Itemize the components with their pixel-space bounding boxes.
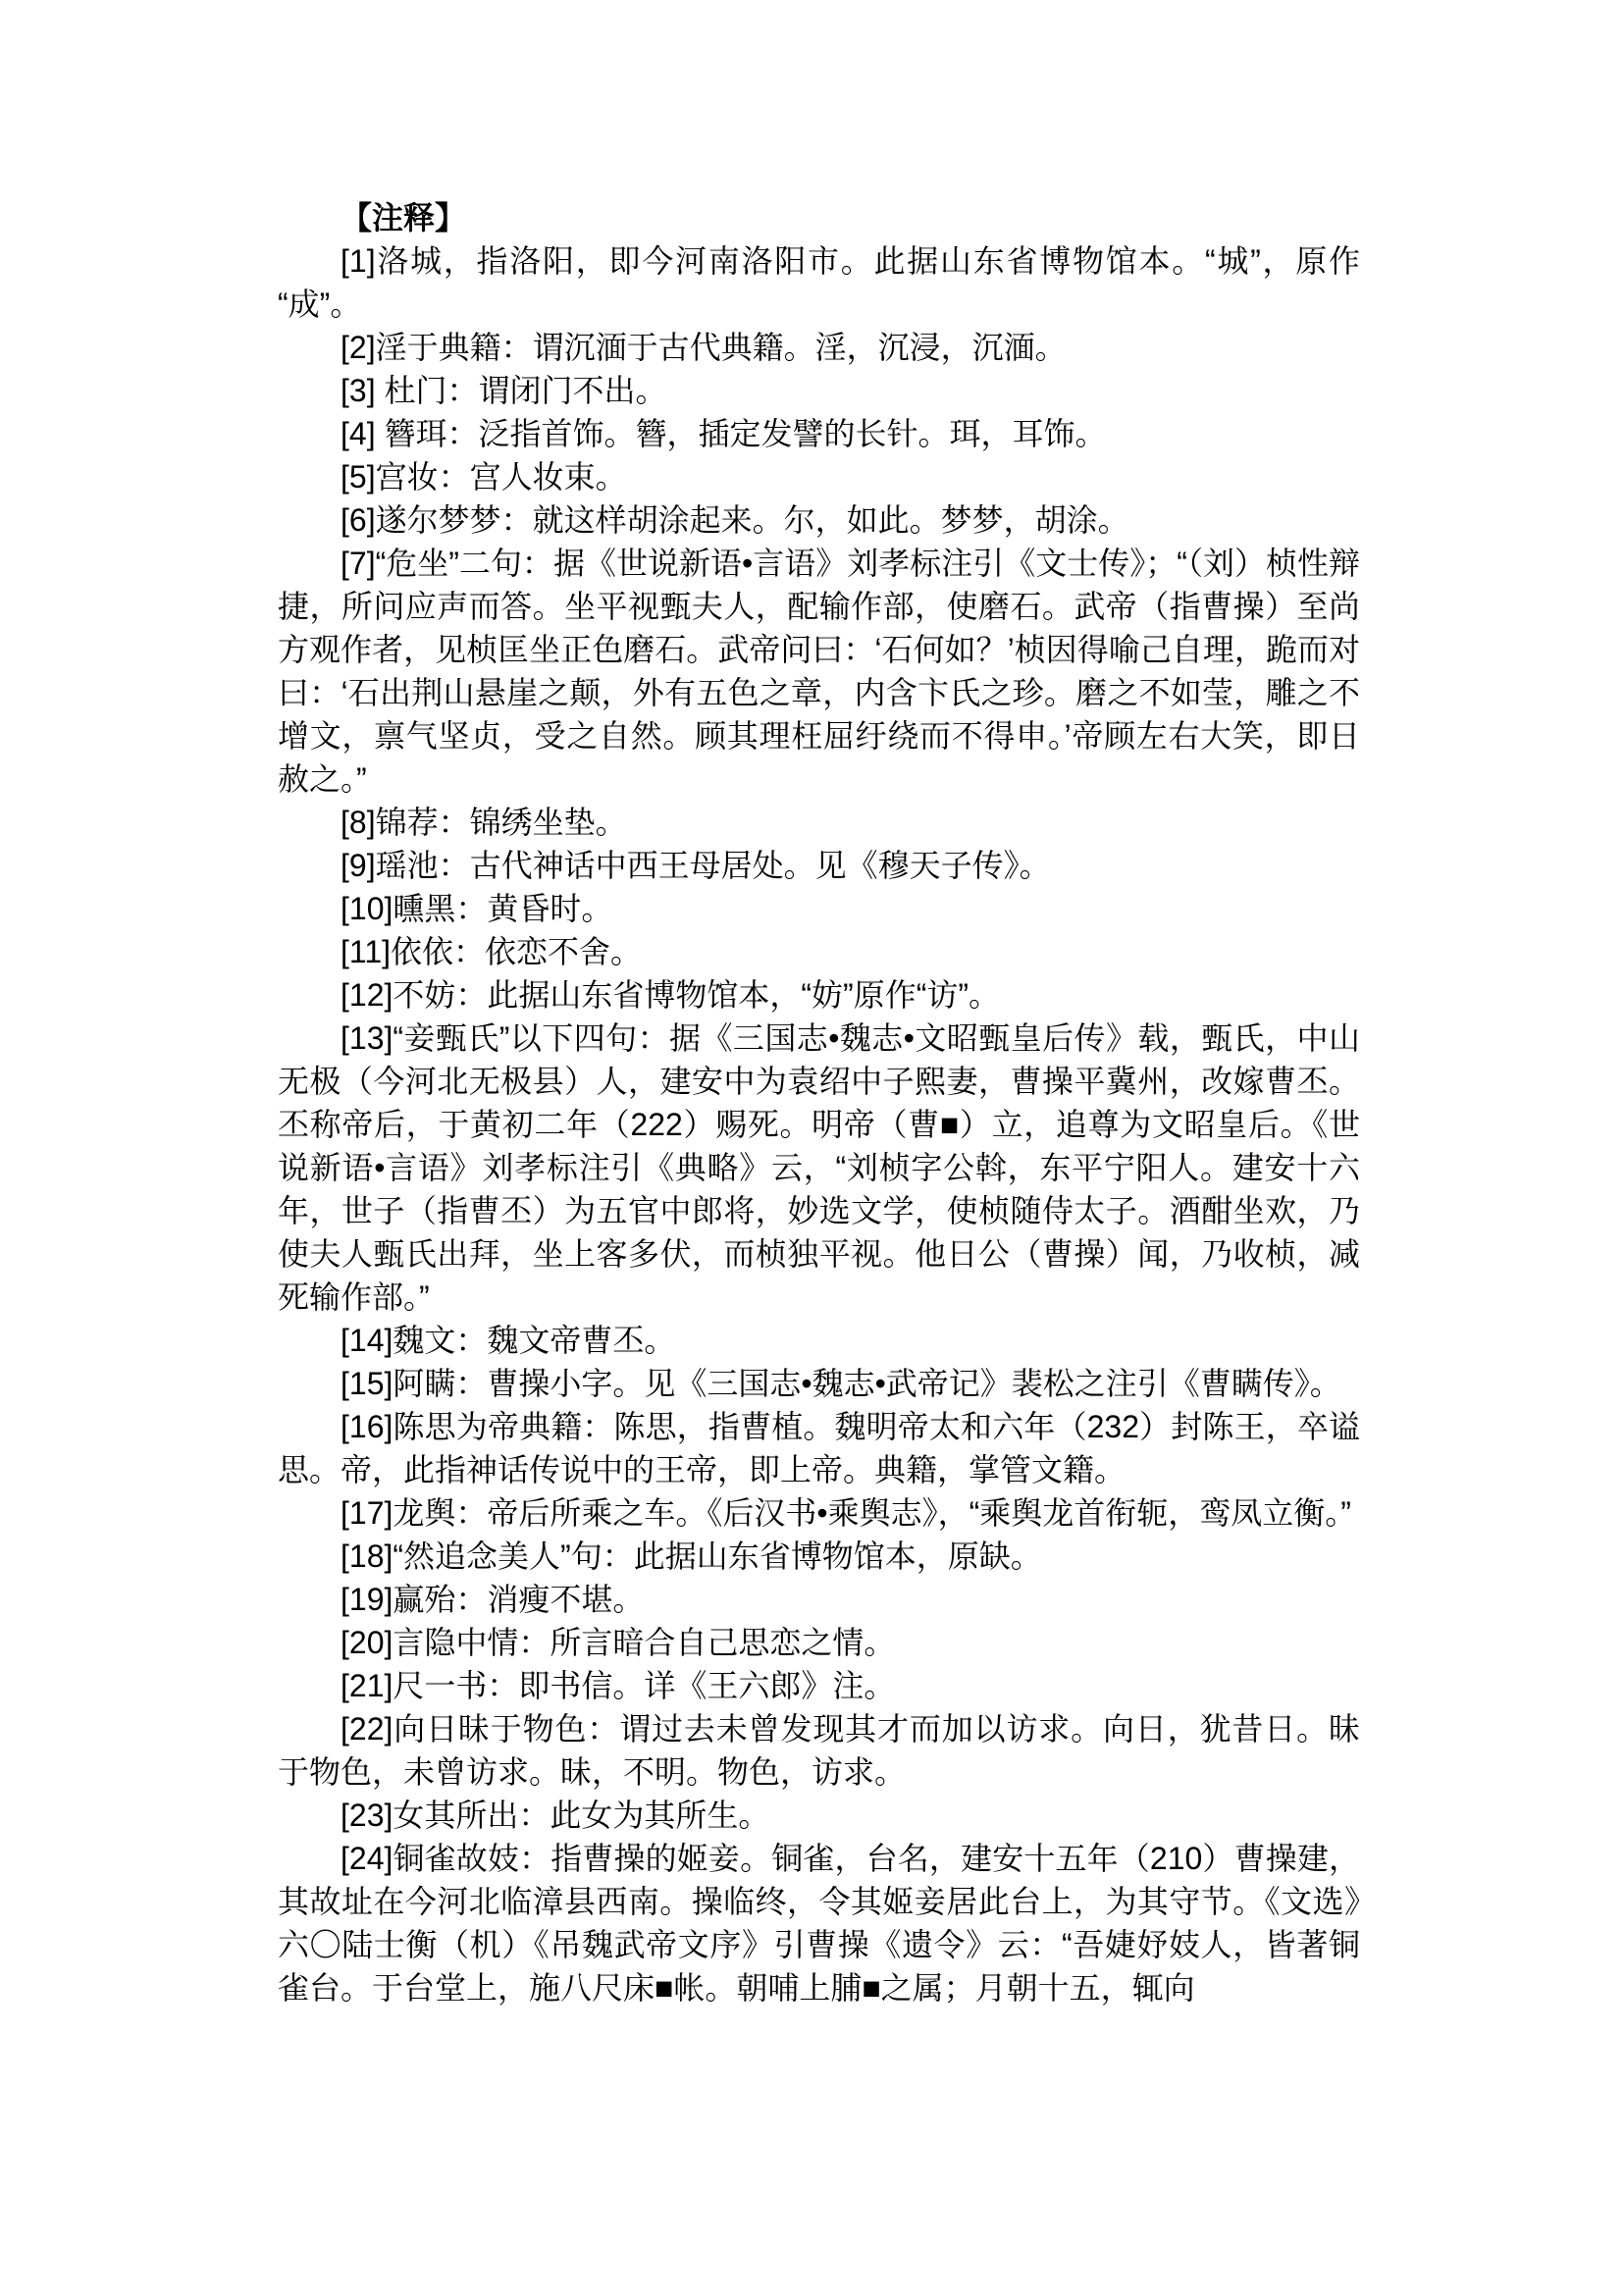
note-3: [3] 杜门：谓闭门不出。 [278, 369, 1360, 412]
note-17: [17]龙舆：帝后所乘之车。《后汉书•乘舆志》，“乘舆龙首衔轭，鸾凤立衡。” [278, 1491, 1360, 1535]
note-22: [22]向日昧于物色：谓过去未曾发现其才而加以访求。向日，犹昔日。昧于物色，未曾… [278, 1707, 1360, 1794]
note-11: [11]依依：依恋不舍。 [278, 930, 1360, 973]
note-24: [24]铜雀故妓：指曹操的姬妾。铜雀，台名，建安十五年（210）曹操建，其故址在… [278, 1837, 1360, 2009]
note-14: [14]魏文：魏文帝曹丕。 [278, 1319, 1360, 1362]
note-9: [9]瑶池：古代神话中西王母居处。见《穆天子传》。 [278, 844, 1360, 887]
note-10: [10]曛黑：黄昏时。 [278, 887, 1360, 930]
page: 【注释】 [1]洛城，指洛阳，即今河南洛阳市。此据山东省博物馆本。“城”，原作“… [0, 0, 1624, 2294]
note-8: [8]锦荐：锦绣坐垫。 [278, 801, 1360, 844]
note-19: [19]赢殆：消瘦不堪。 [278, 1578, 1360, 1621]
note-20: [20]言隐中情：所言暗合自己思恋之情。 [278, 1621, 1360, 1664]
note-21: [21]尺一书：即书信。详《王六郎》注。 [278, 1664, 1360, 1707]
note-16: [16]陈思为帝典籍：陈思，指曹植。魏明帝太和六年（232）封陈王，卒谥思。帝，… [278, 1405, 1360, 1491]
note-5: [5]宫妆：宫人妆束。 [278, 455, 1360, 498]
note-15: [15]阿瞒：曹操小字。见《三国志•魏志•武帝记》裴松之注引《曹瞒传》。 [278, 1362, 1360, 1405]
notes-section: 【注释】 [1]洛城，指洛阳，即今河南洛阳市。此据山东省博物馆本。“城”，原作“… [278, 196, 1360, 2009]
note-23: [23]女其所出：此女为其所生。 [278, 1794, 1360, 1837]
note-1: [1]洛城，指洛阳，即今河南洛阳市。此据山东省博物馆本。“城”，原作“成”。 [278, 239, 1360, 326]
note-7: [7]“危坐”二句：据《世说新语•言语》刘孝标注引《文士传》；“（刘）桢性辩捷，… [278, 542, 1360, 801]
note-2: [2]淫于典籍：谓沉湎于古代典籍。淫，沉浸，沉湎。 [278, 326, 1360, 369]
note-4: [4] 簪珥：泛指首饰。簪，插定发譬的长针。珥，耳饰。 [278, 412, 1360, 455]
note-13: [13]“妾甄氏”以下四句：据《三国志•魏志•文昭甄皇后传》载，甄氏，中山无极（… [278, 1017, 1360, 1319]
note-12: [12]不妨：此据山东省博物馆本，“妨”原作“访”。 [278, 973, 1360, 1017]
note-6: [6]遂尔梦梦：就这样胡涂起来。尔，如此。梦梦，胡涂。 [278, 498, 1360, 542]
section-title: 【注释】 [278, 196, 1360, 239]
note-18: [18]“然追念美人”句：此据山东省博物馆本，原缺。 [278, 1535, 1360, 1578]
